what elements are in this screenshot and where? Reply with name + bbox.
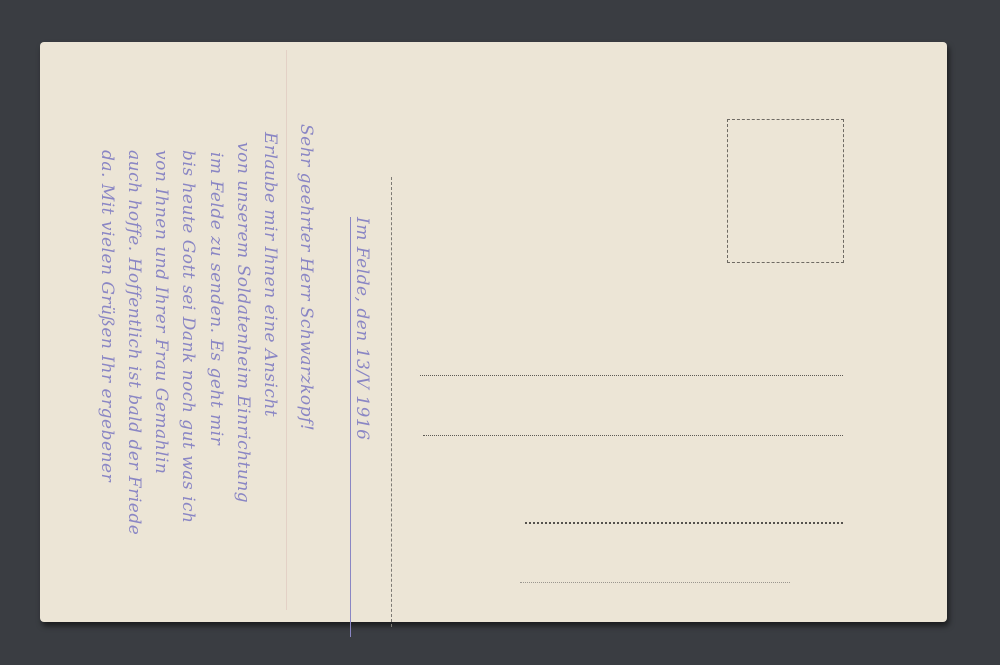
message-line-6: von Ihnen und Ihrer Frau Gemahlin — [151, 150, 171, 474]
message-line-8: da. Mit vielen Grüßen Ihr ergebener — [97, 150, 117, 482]
address-line-1 — [420, 375, 843, 376]
message-line-4: im Felde zu senden. Es geht mir — [206, 152, 226, 445]
date-underline — [350, 217, 351, 637]
message-line-2: Erlaube mir Ihnen eine Ansicht — [260, 132, 280, 417]
address-line-2 — [423, 435, 843, 436]
date-line: Im Felde, den 13/V 1916 — [352, 217, 372, 440]
imprint-line — [520, 582, 790, 583]
message-line-3: von unserem Soldatenheim Einrichtung — [233, 142, 253, 503]
card-crease — [286, 50, 287, 610]
message-line-7: auch hoffe. Hoffentlich ist bald der Fri… — [124, 150, 144, 535]
address-line-3 — [525, 522, 843, 524]
center-divider-line — [391, 177, 392, 627]
message-line-1: Sehr geehrter Herr Schwarzkopf! — [296, 124, 316, 431]
postcard-back: Im Felde, den 13/V 1916 Sehr geehrter He… — [40, 42, 947, 622]
message-line-5: bis heute Gott sei Dank noch gut was ich — [178, 150, 198, 523]
stamp-box — [727, 119, 844, 263]
